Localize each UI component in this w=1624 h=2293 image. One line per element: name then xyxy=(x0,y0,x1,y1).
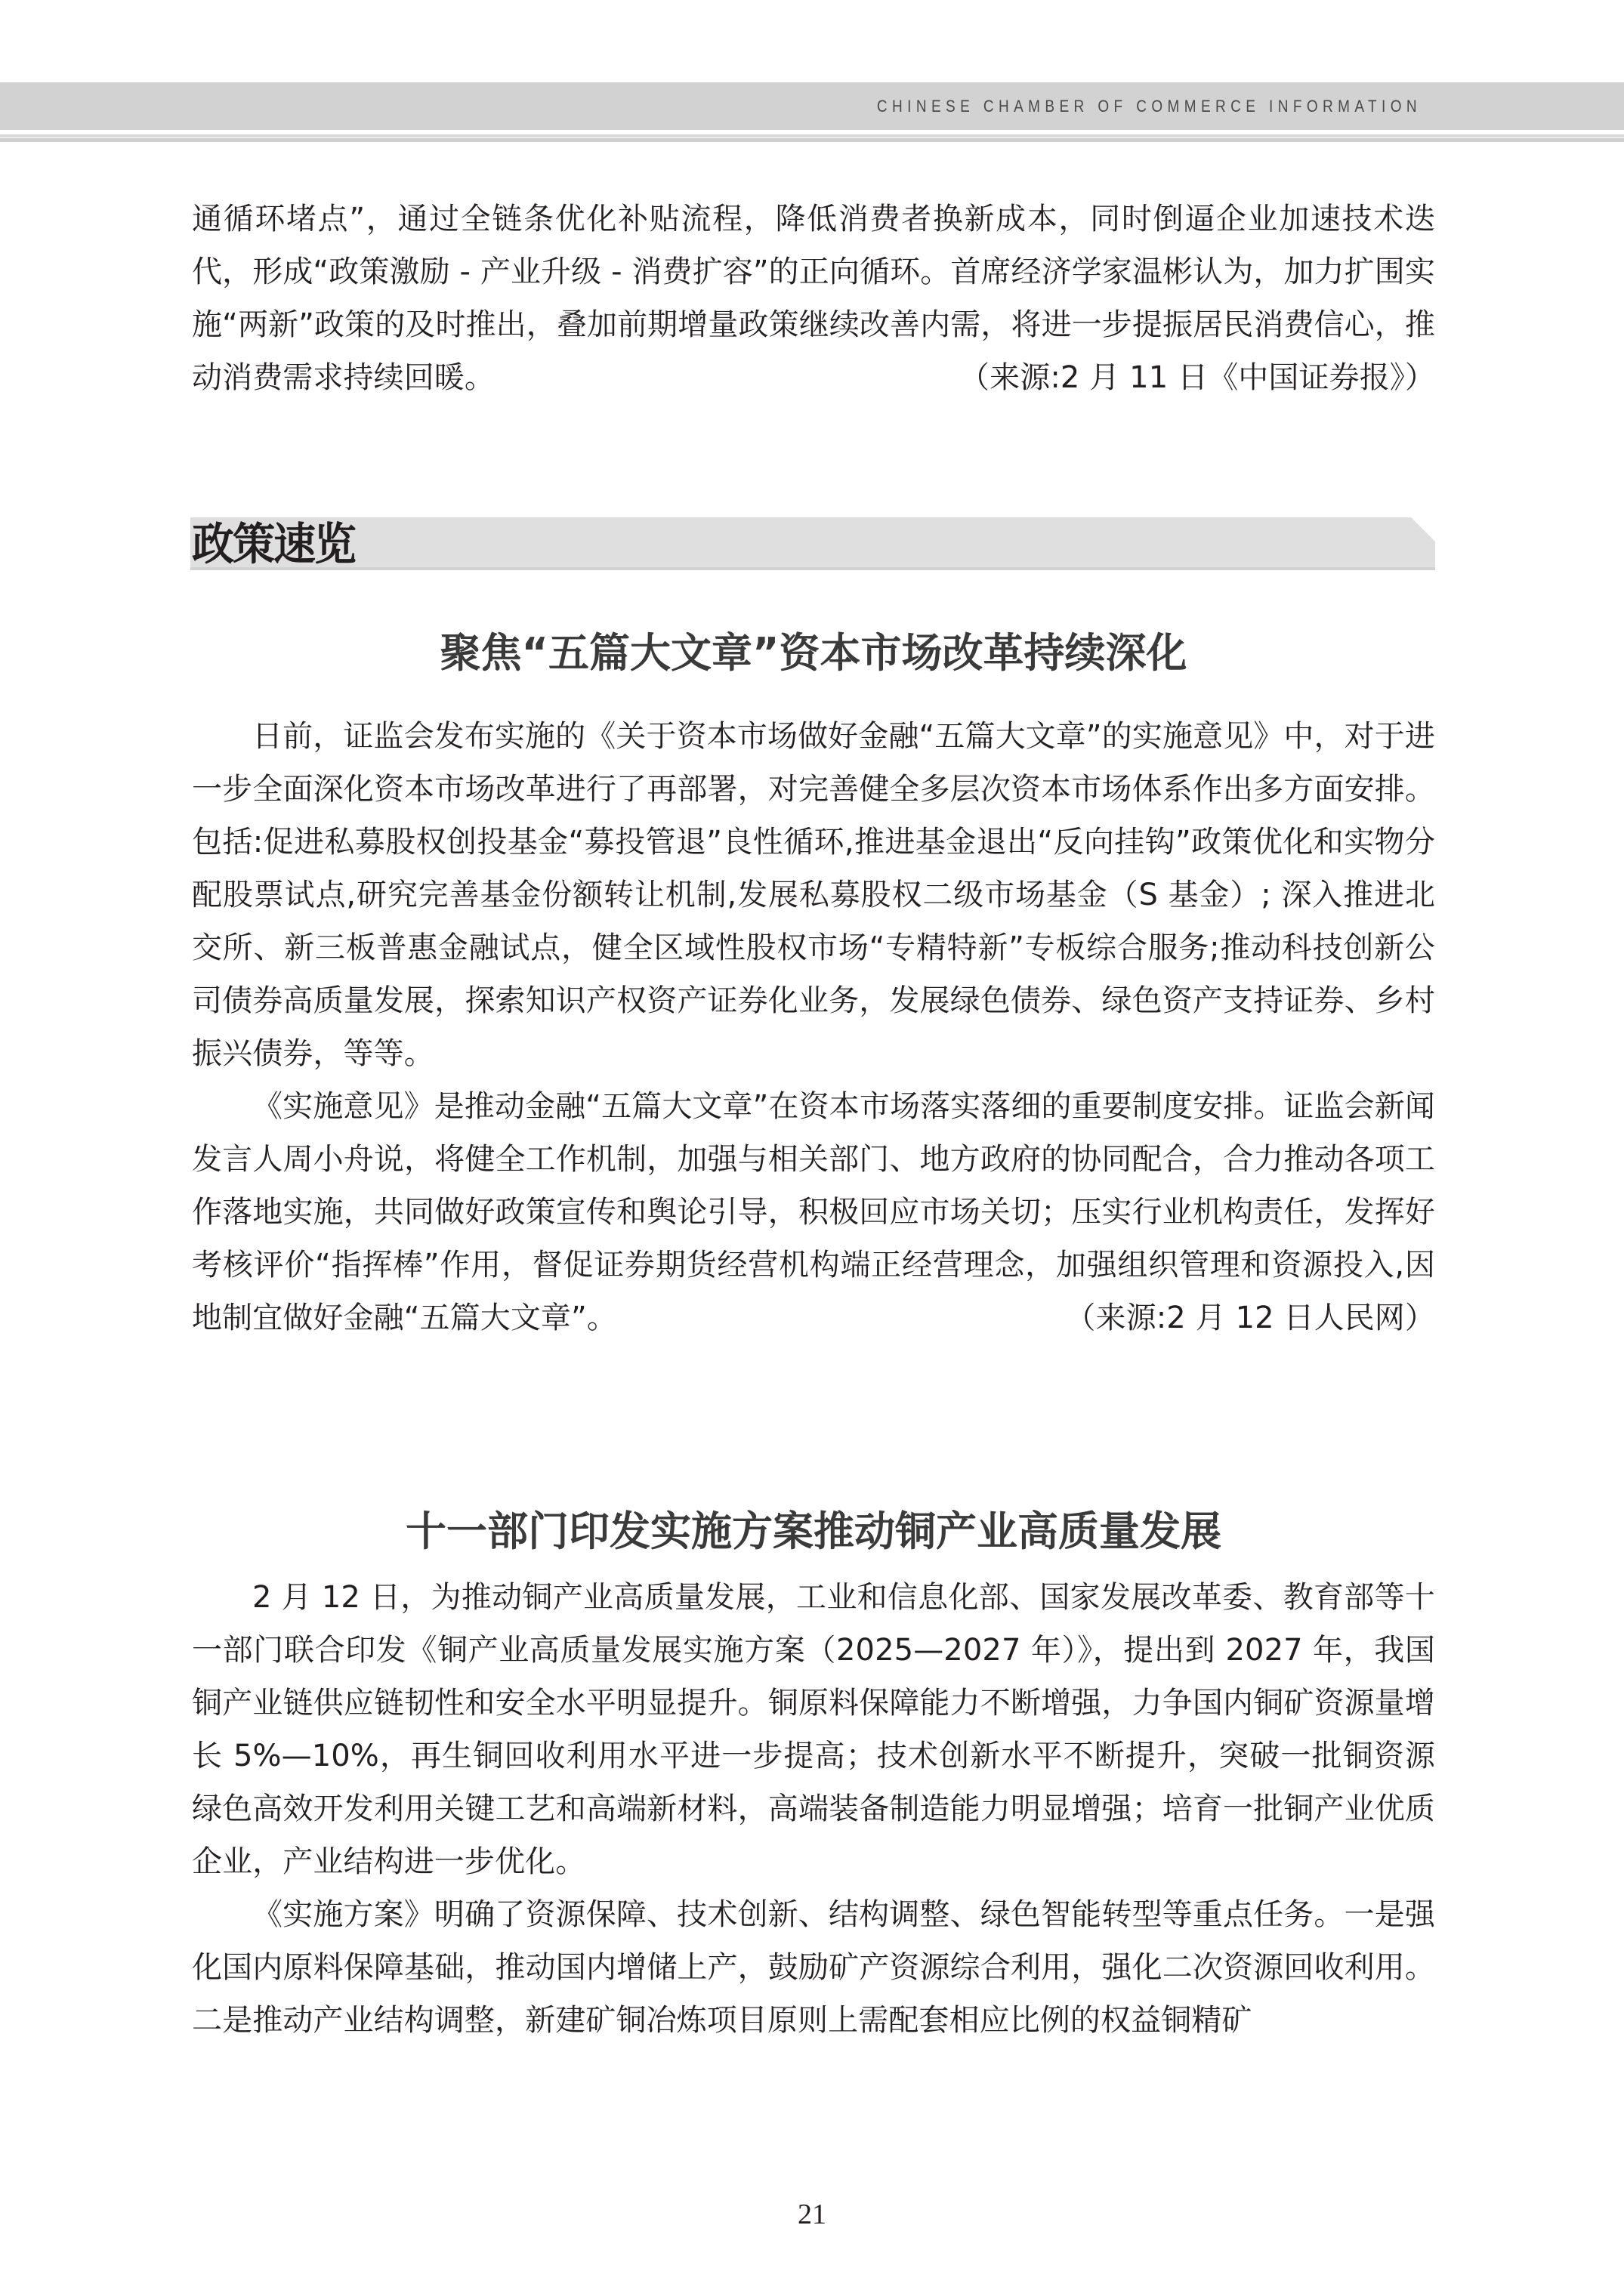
section-title: 政策速览 xyxy=(192,518,355,570)
article-paragraph: 《实施意见》是推动金融“五篇大文章”在资本市场落实落细的重要制度安排。证监会新闻… xyxy=(192,1080,1435,1344)
article-title: 十一部门印发实施方案推动铜产业高质量发展 xyxy=(192,1508,1435,1556)
article-title: 聚焦“五篇大文章”资本市场改革持续深化 xyxy=(192,629,1435,677)
section-band xyxy=(190,517,1435,570)
continued-article: 通循环堵点”，通过全链条优化补贴流程，降低消费者换新成本，同时倒逼企业加速技术迭… xyxy=(192,193,1435,404)
article-paragraph: 日前，证监会发布实施的《关于资本市场做好金融“五篇大文章”的实施意见》中，对于进… xyxy=(192,710,1435,1080)
article-body: 2 月 12 日，为推动铜产业高质量发展，工业和信息化部、国家发展改革委、教育部… xyxy=(192,1571,1435,2047)
continued-paragraph: 通循环堵点”，通过全链条优化补贴流程，降低消费者换新成本，同时倒逼企业加速技术迭… xyxy=(192,193,1435,404)
source-citation: （来源:2 月 11 日《中国证券报》） xyxy=(959,351,1435,404)
page-number: 21 xyxy=(0,2198,1624,2231)
source-citation: （来源:2 月 12 日人民网） xyxy=(1005,1292,1435,1344)
header-rule xyxy=(0,134,1624,142)
publication-name: CHINESE CHAMBER OF COMMERCE INFORMATION xyxy=(877,97,1422,116)
article-paragraph: 《实施方案》明确了资源保障、技术创新、结构调整、绿色智能转型等重点任务。一是强化… xyxy=(192,1888,1435,2047)
article-paragraph: 2 月 12 日，为推动铜产业高质量发展，工业和信息化部、国家发展改革委、教育部… xyxy=(192,1571,1435,1888)
article-body: 日前，证监会发布实施的《关于资本市场做好金融“五篇大文章”的实施意见》中，对于进… xyxy=(192,710,1435,1344)
